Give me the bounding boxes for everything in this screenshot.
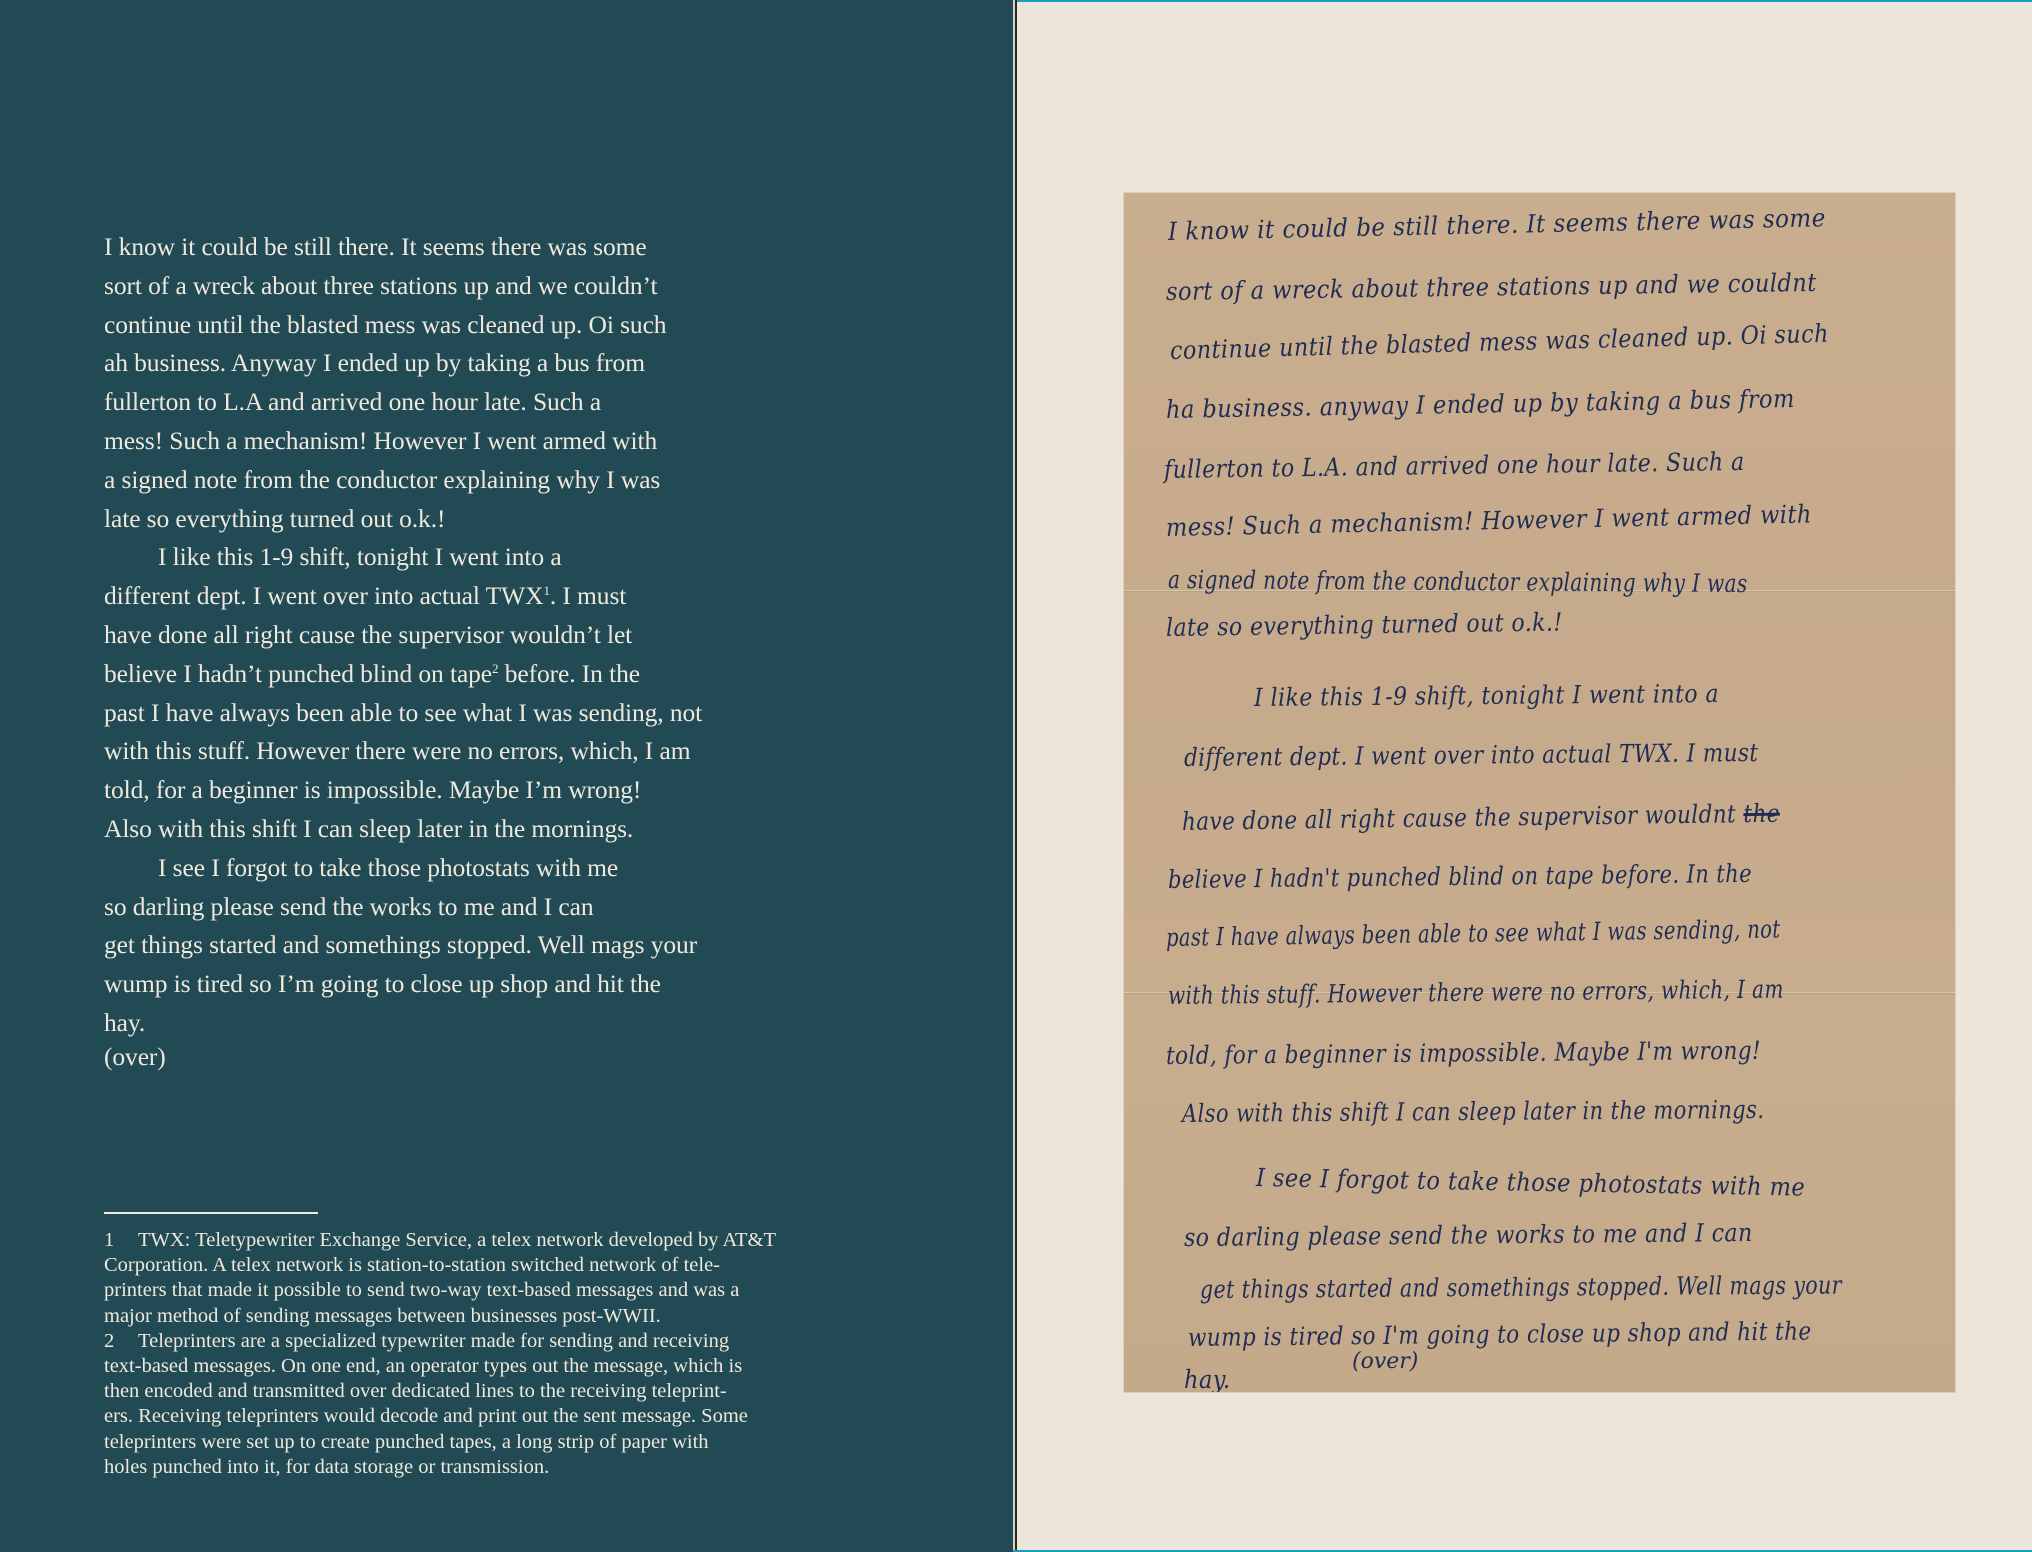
- footnote-1-line: printers that made it possible to send t…: [104, 1278, 884, 1303]
- text-line: a signed note from the conductor explain…: [104, 461, 824, 500]
- text-line: continue until the blasted mess was clea…: [104, 306, 824, 345]
- footnote-2-line: holes punched into it, for data storage …: [104, 1455, 884, 1480]
- text-fragment: . I must: [550, 581, 626, 610]
- footnote-number: 2: [104, 1329, 138, 1354]
- text-line: hay.: [104, 1004, 824, 1043]
- handwritten-line: continue until the blasted mess was clea…: [1170, 319, 1830, 365]
- footnote-number: 1: [104, 1228, 138, 1253]
- footnote-2-line: then encoded and transmitted over dedica…: [104, 1379, 884, 1404]
- text-line: late so everything turned out o.k.!: [104, 500, 824, 539]
- handwritten-line: wump is tired so I'm going to close up s…: [1188, 1316, 1812, 1352]
- handwritten-line: hay.: [1184, 1365, 1231, 1392]
- handwritten-line: I know it could be still there. It seems…: [1168, 203, 1826, 246]
- text-line: get things started and somethings stoppe…: [104, 926, 824, 965]
- handwritten-line: a signed note from the conductor explain…: [1168, 565, 1748, 598]
- text-line: past I have always been able to see what…: [104, 694, 824, 733]
- footnote-2-line: ers. Receiving teleprinters would decode…: [104, 1404, 884, 1429]
- handwritten-line: get things started and somethings stoppe…: [1200, 1271, 1842, 1304]
- handwritten-line: past I have always been able to see what…: [1166, 914, 1781, 952]
- handwritten-over-mark: (over): [1352, 1349, 1418, 1374]
- text-line: Also with this shift I can sleep later i…: [104, 810, 824, 849]
- handwritten-line: with this stuff. However there were no e…: [1168, 975, 1784, 1010]
- footnote-text: Teleprinters are a specialized typewrite…: [138, 1330, 729, 1352]
- footnote-2-line: text-based messages. On one end, an oper…: [104, 1354, 884, 1379]
- handwritten-line: I like this 1-9 shift, tonight I went in…: [1254, 679, 1719, 712]
- text-line: I see I forgot to take those photostats …: [104, 849, 824, 888]
- handwritten-line: told, for a beginner is impossible. Mayb…: [1166, 1036, 1761, 1070]
- page-divider-line: [1015, 0, 1017, 1552]
- over-note: (over): [104, 1043, 824, 1071]
- footnote-1-line: Corporation. A telex network is station-…: [104, 1253, 884, 1278]
- handwritten-line: I see I forgot to take those photostats …: [1256, 1163, 1806, 1202]
- footnote-1-line: major method of sending messages between…: [104, 1304, 884, 1329]
- text-line: so darling please send the works to me a…: [104, 888, 824, 927]
- handwritten-line: late so everything turned out o.k.!: [1166, 607, 1563, 642]
- handwritten-line: mess! Such a mechanism! However I went a…: [1166, 499, 1812, 542]
- text-line: have done all right cause the supervisor…: [104, 616, 824, 655]
- handwritten-line: believe I hadn't punched blind on tape b…: [1168, 859, 1752, 894]
- text-line-with-footnote-ref: different dept. I went over into actual …: [104, 577, 824, 616]
- text-line: I know it could be still there. It seems…: [104, 228, 824, 267]
- handwritten-line: ha business. anyway I ended up by taking…: [1166, 384, 1795, 424]
- text-line: I like this 1-9 shift, tonight I went in…: [104, 538, 824, 577]
- text-line: ah business. Anyway I ended up by taking…: [104, 344, 824, 383]
- text-line: told, for a beginner is impossible. Mayb…: [104, 771, 824, 810]
- letter-scan-page: I know it could be still there. It seems…: [1013, 0, 2032, 1552]
- accent-bar-top: [1013, 0, 2032, 2]
- text-line: wump is tired so I’m going to close up s…: [104, 965, 824, 1004]
- footnotes: 1TWX: Teletypewriter Exchange Service, a…: [104, 1228, 884, 1480]
- footnote-text: TWX: Teletypewriter Exchange Service, a …: [138, 1229, 776, 1251]
- text-line: sort of a wreck about three stations up …: [104, 267, 824, 306]
- footnote-1-line: 1TWX: Teletypewriter Exchange Service, a…: [104, 1228, 884, 1253]
- handwritten-line: fullerton to L.A. and arrived one hour l…: [1164, 447, 1745, 484]
- handwritten-line: sort of a wreck about three stations up …: [1166, 268, 1817, 306]
- text-line: with this stuff. However there were no e…: [104, 732, 824, 771]
- handwritten-line: so darling please send the works to me a…: [1184, 1218, 1753, 1252]
- transcription-body: I know it could be still there. It seems…: [104, 228, 824, 1071]
- text-fragment: before. In the: [498, 659, 640, 688]
- footnote-2-line: teleprinters were set up to create punch…: [104, 1430, 884, 1455]
- text-line: fullerton to L.A and arrived one hour la…: [104, 383, 824, 422]
- handwritten-line: different dept. I went over into actual …: [1184, 738, 1759, 772]
- transcription-page: I know it could be still there. It seems…: [0, 0, 1013, 1552]
- text-fragment: believe I hadn’t punched blind on tape: [104, 659, 492, 688]
- text-fragment: different dept. I went over into actual …: [104, 581, 543, 610]
- text-line-with-footnote-ref: believe I hadn’t punched blind on tape2 …: [104, 655, 824, 694]
- handwritten-text: have done all right cause the supervisor…: [1182, 799, 1737, 836]
- struck-out-word: the: [1743, 799, 1780, 829]
- text-line: mess! Such a mechanism! However I went a…: [104, 422, 824, 461]
- handwritten-letter-image: I know it could be still there. It seems…: [1124, 193, 1955, 1392]
- footnote-divider: [104, 1212, 318, 1214]
- handwritten-line: Also with this shift I can sleep later i…: [1182, 1095, 1765, 1128]
- footnote-2-line: 2Teleprinters are a specialized typewrit…: [104, 1329, 884, 1354]
- handwritten-line: have done all right cause the supervisor…: [1182, 799, 1780, 836]
